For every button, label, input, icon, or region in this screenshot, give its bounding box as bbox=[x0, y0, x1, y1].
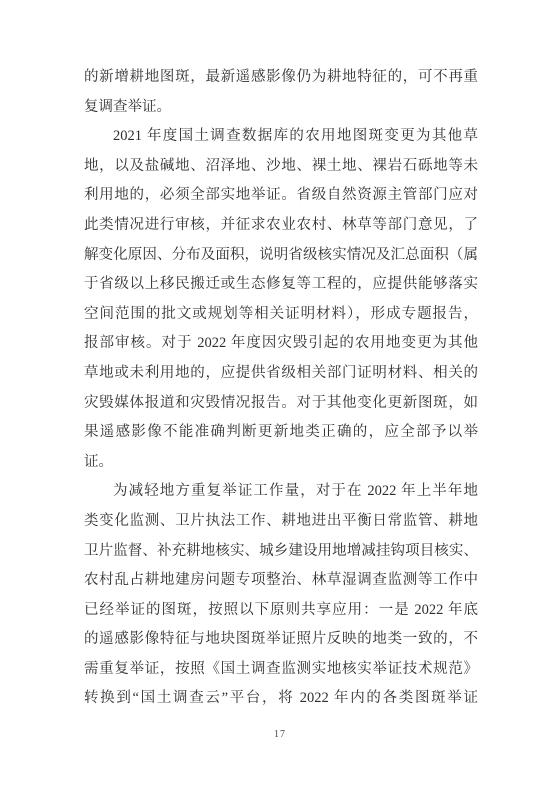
text-line: 农村乱占耕地建房问题专项整治、林草湿调查监测等工作中 bbox=[84, 566, 478, 596]
text-line: 转换到“国土调查云”平台，将 2022 年内的各类图斑举证 bbox=[84, 684, 478, 714]
text-line: 类变化监测、卫片执法工作、耕地进出平衡日常监管、耕地 bbox=[84, 507, 478, 537]
text-line: 的遥感影像特征与地块图斑举证照片反映的地类一致的，不 bbox=[84, 625, 478, 655]
text-line: 报部审核。对于 2022 年度因灾毁引起的农用地变更为其他 bbox=[84, 329, 478, 359]
text-line: 证。 bbox=[84, 448, 478, 478]
text-line: 已经举证的图斑，按照以下原则共享应用：一是 2022 年底 bbox=[84, 596, 478, 626]
text-line: 于省级以上移民搬迁或生态修复等工程的，应提供能够落实 bbox=[84, 270, 478, 300]
page-number: 17 bbox=[0, 729, 560, 740]
paragraph-shared-evidence: 为减轻地方重复举证工作量，对于在 2022 年上半年地 类变化监测、卫片执法工作… bbox=[84, 477, 478, 714]
text-line: 的新增耕地图斑，最新遥感影像仍为耕地特征的，可不再重 bbox=[84, 63, 478, 93]
text-line: 利用地的，必须全部实地举证。省级自然资源主管部门应对 bbox=[84, 181, 478, 211]
text-line: 卫片监督、补充耕地核实、城乡建设用地增减挂钩项目核实、 bbox=[84, 537, 478, 567]
text-line: 2021 年度国土调查数据库的农用地图斑变更为其他草 bbox=[84, 122, 478, 152]
text-line: 草地或未利用地的，应提供省级相关部门证明材料、相关的 bbox=[84, 359, 478, 389]
text-line: 地，以及盐碱地、沼泽地、沙地、裸土地、裸岩石砾地等未 bbox=[84, 152, 478, 182]
paragraph-2021-database: 2021 年度国土调查数据库的农用地图斑变更为其他草 地，以及盐碱地、沼泽地、沙… bbox=[84, 122, 478, 477]
document-body: 的新增耕地图斑，最新遥感影像仍为耕地特征的，可不再重 复调查举证。 2021 年… bbox=[84, 63, 478, 714]
text-line: 果遥感影像不能准确判断更新地类正确的，应全部予以举 bbox=[84, 418, 478, 448]
text-line: 需重复举证，按照《国土调查监测实地核实举证技术规范》 bbox=[84, 655, 478, 685]
text-line: 灾毁媒体报道和灾毁情况报告。对于其他变化更新图斑，如 bbox=[84, 389, 478, 419]
paragraph-continuation: 的新增耕地图斑，最新遥感影像仍为耕地特征的，可不再重 复调查举证。 bbox=[84, 63, 478, 122]
text-line: 为减轻地方重复举证工作量，对于在 2022 年上半年地 bbox=[84, 477, 478, 507]
text-line: 复调查举证。 bbox=[84, 93, 478, 123]
document-page: 的新增耕地图斑，最新遥感影像仍为耕地特征的，可不再重 复调查举证。 2021 年… bbox=[0, 0, 560, 791]
text-line: 此类情况进行审核，并征求农业农村、林草等部门意见，了 bbox=[84, 211, 478, 241]
text-line: 解变化原因、分布及面积，说明省级核实情况及汇总面积（属 bbox=[84, 241, 478, 271]
text-line: 空间范围的批文或规划等相关证明材料），形成专题报告， bbox=[84, 300, 478, 330]
